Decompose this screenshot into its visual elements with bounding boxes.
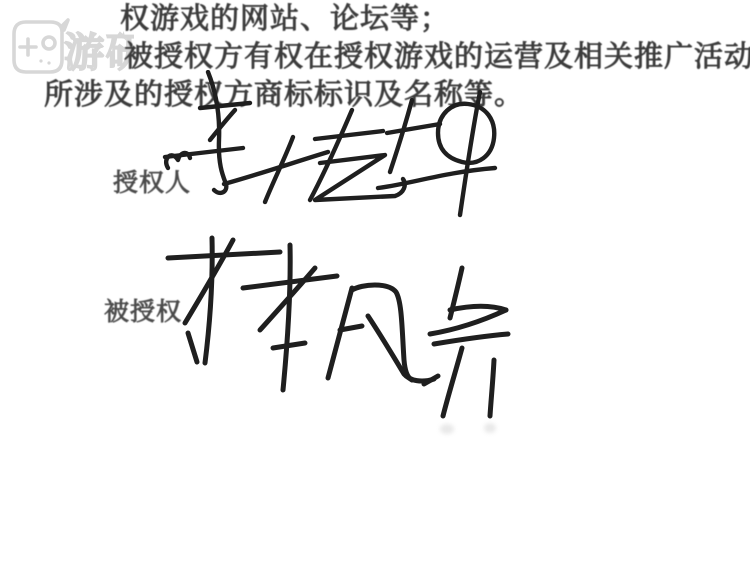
licensor-signature — [160, 70, 520, 230]
contract-line-1: 权游戏的网站、论坛等； — [120, 0, 450, 37]
contract-line-2: 被授权方有权在授权游戏的运营及相关推广活动 — [124, 34, 750, 75]
contract-photo: 游研社 权游戏的网站、论坛等； 被授权方有权在授权游戏的运营及相关推广活动 所涉… — [0, 0, 750, 571]
game-controller-icon — [14, 20, 68, 72]
licensee-signature — [150, 228, 545, 433]
